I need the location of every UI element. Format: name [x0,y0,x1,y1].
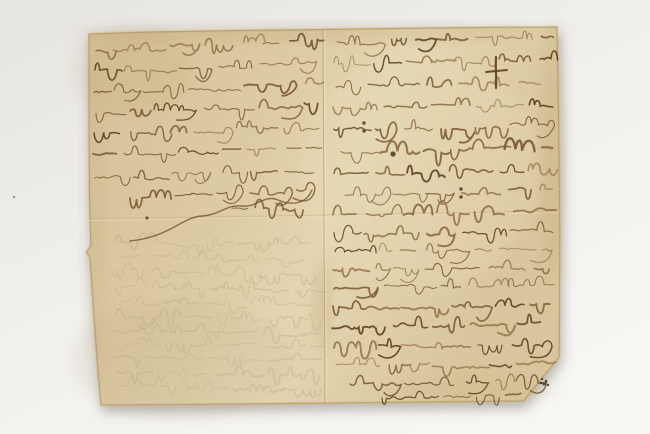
dust-speck [13,196,16,199]
manuscript-photo: Photograph of an aged handwritten letter… [0,0,650,434]
photo-backdrop: Photograph of an aged handwritten letter… [0,0,650,434]
manuscript-page [0,0,650,434]
